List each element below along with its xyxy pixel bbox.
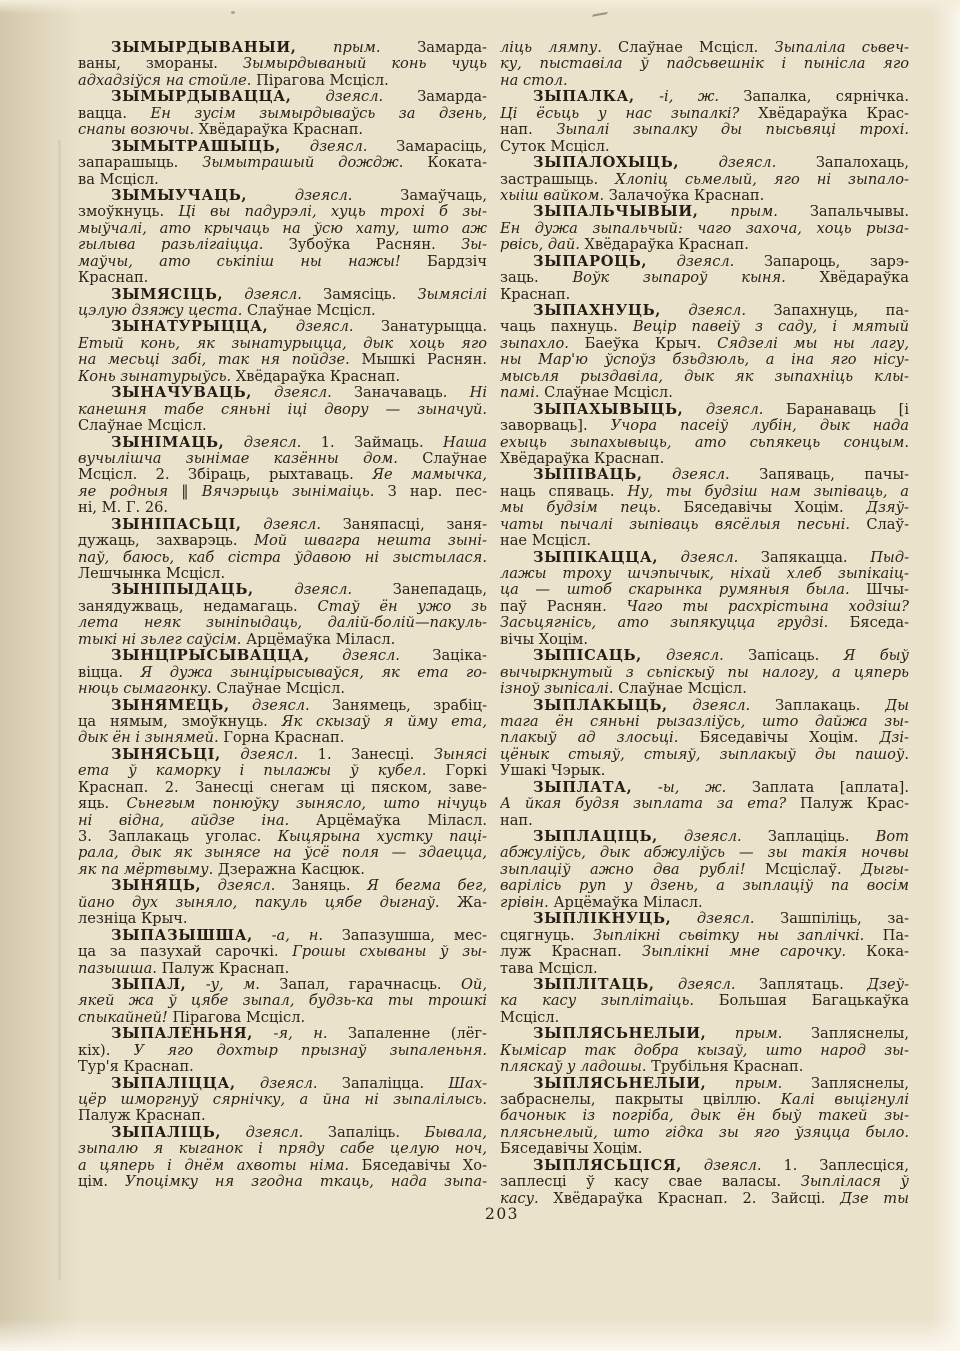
entry-line: ЗЫПЛЯСЬНЕ́ЛЫЙ, прым. Запляснелы, [500,1076,909,1092]
entry-line: ваны, змораны. Зымырдываный конь чуць [78,56,487,72]
entry-line: вічы Хоцім. [500,632,909,648]
italic-text-run: зыпахло. [500,336,585,352]
entry-line: ца за пазухай сарочкі. Грошы схываны ў з… [78,944,487,960]
italic-text-run: дзеясл. [310,648,433,664]
entry-line: цэлую дзяжу цеста. Слаўнае Мсцісл. [78,303,487,319]
italic-text-run: памі. [500,385,544,401]
italic-text-run: Зыпаліла сьвеч- [774,40,909,56]
headword: ЗЫМЯСІЦЬ, [111,287,223,303]
entry-line: грівін. Арцёмаўка Міласл. [500,895,909,911]
text-run: Зубоўка Раснян. [289,237,461,253]
headword: ЗЫПЛІКНУ́ЦЬ, [533,911,671,927]
italic-text-run: Калі выцігнулі [781,1092,909,1108]
entry-line: ЗЫМЫРДЫВАЦЦА, дзеясл. Замарда- [78,89,487,105]
text-run: вічы Хоцім. [500,632,588,648]
entry-line: Бяседавічы Хоцім. [500,1141,909,1157]
italic-text-run: вучылішча зынімае казённы дом. [78,451,422,467]
text-run: Бяседавічы Хоцім. [500,1141,642,1157]
headword: ЗЫПІКА́ЦЦА, [533,550,658,566]
entry-line: занядужваць, недамагаць. Стаў ён ужо зь [78,599,487,615]
headword: ЗЫПЛЯСЬНЕ́ЛЫЙ, [533,1076,706,1092]
text-run: нап. [500,122,556,138]
headword: ЗЫНІМАЦЬ, [111,435,224,451]
entry-line: цёнык стыяў, стыяў, зыплакыў ды пашоў. [500,747,909,763]
text-run: Запякацца. [761,550,870,566]
text-run: Заціка- [432,648,487,664]
text-run: Большая Багацькаўка [719,993,909,1009]
scan-edge-bottom [0,1319,960,1351]
italic-text-run: дзеясл. [281,139,396,155]
text-run: Лешчынка Мсцісл. [78,566,225,582]
italic-text-run: цёнык стыяў, стыяў, зыплакыў ды пашоў. [500,747,909,763]
italic-text-run: мысьля рыздавіла, дык як зыпахніць клы- [500,369,909,385]
text-run: Слаўнае Мсцісл. [78,418,207,434]
entry-line: ета ў каморку і пылажы ў кубел. Горкі [78,763,487,779]
italic-text-run: -а, н. [253,928,342,944]
entry-line: вацца. Ён зусім зымырдываўсь за дзень, [78,106,487,122]
italic-text-run: грівін. [500,895,553,911]
text-run: Шчы- [866,582,909,598]
headword: ЗЫПІВА́ЦЬ, [533,467,643,483]
entry-line: дужаць, захварэць. Мой швагра нешта зыні… [78,533,487,549]
italic-text-run: А йкая будзя зыплата за ета? [500,796,800,812]
entry-line: Конь зынатурыўсь. Хвёдараўка Краснап. [78,369,487,385]
entry-line: Ці ёсьць у нас зыпалкі? Хвёдараўка Крас- [500,106,909,122]
entry-line: памі. Слаўнае Мсцісл. [500,385,909,401]
entry-line: луж Краснап. Зыплікні мне сарочку. Кока- [500,944,909,960]
entry-line: Етый конь, як зынатурыцца, дык хоць яго [78,336,487,352]
headword: ЗЫНІПЫДАЦЬ, [111,582,254,598]
entry-line: ліць лямпу. Слаўнае Мсцісл. Зыпаліла сьв… [500,40,909,56]
italic-text-run: Ці вы падурэлі, хуць трохі б зы- [178,204,487,220]
headword: ЗЫПІСАЦЬ, [533,648,642,664]
italic-text-run: Воўк зыпароў кыня. [572,270,819,286]
entry-line: бачонык із погріба, дык ён быў такей зы- [500,1108,909,1124]
entry-line: мы будзім пець. Бяседавічы Хоцім. Дзяў- [500,500,909,516]
italic-text-run: бачонык із погріба, дык ён быў такей зы- [500,1108,909,1124]
entry-line: Палуж Краснап. [78,1108,487,1124]
italic-text-run: ка касу зыплітаіць. [500,993,719,1009]
italic-text-run: Дзяў- [866,500,909,516]
entry-line: якей жа ў цябе зыпал, будзь-ка ты трошкі [78,993,487,1009]
italic-text-run: ку, пыставіла ў падсьвешнік і пынісла яг… [500,56,909,72]
entry-line: віцца. Я дужа зынцірысываўся, як ета го- [78,665,487,681]
italic-text-run: дзеясл. [221,1125,328,1141]
italic-text-run: зыпалю я кыганок і пряду сабе целую ноч, [78,1141,487,1157]
italic-text-run: яе родныя ‖ Вячэрыць зынімаіць. [78,484,388,500]
text-run: Краснап. [500,287,570,303]
entry-line: зыпалю я кыганок і пряду сабе целую ноч, [78,1141,487,1157]
italic-text-run: Я быў [844,648,909,664]
entry-line: спыкайней! Пірагова Мсцісл. [78,1010,487,1026]
entry-line: вучылішча зынімае казённы дом. Слаўнае [78,451,487,467]
headword: ЗЫПАЛІЦЦА, [111,1076,236,1092]
text-run: Запісаць. [748,648,843,664]
entry-line: заплесці ў касу свае валасы. Зыплілася ў [500,1174,909,1190]
entry-line: ЗЫПАЛЕ́НЬНЯ, -я, н. Запаленне (лёг- [78,1026,487,1042]
headword: ЗЫМЫЎЧАЦЬ, [111,188,247,204]
italic-text-run: Засьцягнісь, ато зыпякуцца грудзі. [500,615,850,631]
entry-line: нае Мсцісл. [500,533,909,549]
entry-line: мысьля рыздавіла, дык як зыпахніць клы- [500,369,909,385]
entry-line: ЗЫПАЛІЦЬ, дзеясл. Запаліць. Бывала, [78,1125,487,1141]
entry-line: Краснап. [78,270,487,286]
italic-text-run: ета ў каморку і пылажы ў кубел. [78,763,445,779]
text-run: Бяседавічы Хоцім. [699,730,879,746]
text-run: Заплаціць. [768,829,876,845]
entry-line: пляскаў у ладошы. Трубільня Краснап. [500,1059,909,1075]
headword: ЗЫНАЧУВАЦЬ, [111,385,252,401]
headword: ЗЫПЛЯСЬЦІСЯ, [533,1158,682,1174]
text-run: Мсцісл. 2. Збіраць, рыхтаваць. [78,467,372,483]
entry-line: чаць пахнуць. Вецір павеіў з саду, і мят… [500,319,909,335]
entry-line: ЗЫПЛА́КЫЦЬ, дзеясл. Заплакаць. Ды [500,698,909,714]
text-run: Па- [883,928,909,944]
entry-line: канешня табе сяньні іці двору — зыначуй. [78,402,487,418]
entry-line: йано дух зыняло, пакуль цябе дыгнаў. Жа- [78,895,487,911]
entry-line: ЗЫПАХНУЦЬ, дзеясл. Запахнуць, па- [500,303,909,319]
text-run: яць. [78,796,126,812]
text-run: 1. Займаць. [321,435,443,451]
italic-text-run: ліць лямпу. [500,40,618,56]
italic-text-run: -і, ж. [635,89,744,105]
entry-line: ні, М. Г. 26. [78,500,487,516]
headword: ЗЫПАЗЫШША, [111,928,253,944]
italic-text-run: дзеясл. [668,698,775,714]
text-run: Баеўка Крыч. [585,336,718,352]
italic-text-run: прым. [706,1026,811,1042]
italic-text-run: Зыплілася ў [801,1174,909,1190]
headword: ЗЫМЫРДЫВАНЫЙ, [111,40,296,56]
entry-line: ЗЫНЯМЕ́ЦЬ, дзеясл. Занямець, зрабіц- [78,698,487,714]
text-run: Трубільня Краснап. [651,1059,803,1075]
entry-line: ЗЫПАЛ, -у, м. Запал, гарачнасць. Ой, [78,977,487,993]
italic-text-run: Конь зынатурыўсь. [78,369,236,385]
italic-text-run: Яе мамычка, [372,467,487,483]
italic-text-run: дзеясл. [230,698,332,714]
text-run: Хвёдараўка Краснап. [199,122,363,138]
italic-text-run: вычыркнутый з сьпіскыў пы налогу, а цяпе… [500,665,909,681]
entry-line: ЗЫМЫЎЧАЦЬ, дзеясл. Замаўчаць, [78,188,487,204]
text-run: Мышкі Раснян. [361,352,487,368]
entry-line: А йкая будзя зыплата за ета? Палуж Крас- [500,796,909,812]
text-run: застрашыць. [500,172,615,188]
italic-text-run: дзеясл. [643,467,760,483]
headword: ЗЫПАЛЕ́НЬНЯ, [111,1026,253,1042]
italic-text-run: дзеясл. [642,648,748,664]
italic-text-run: дзеясл. [268,319,381,335]
italic-text-run: ізноў зыпісалі. [500,681,618,697]
entry-line: рвісь, дай. Хвёдараўка Краснап. [500,237,909,253]
italic-text-run: дзеясл. [658,829,768,845]
entry-line: Ушакі Чэрык. [500,763,909,779]
text-run: Палуж Краснап. [78,1108,206,1124]
text-run: Бяседавічы Хоцім. [683,500,866,516]
headword: ЗЫПЛАЦІЦЬ, [533,829,658,845]
headword: ЗЫНІПАСЬЦІ, [111,517,242,533]
italic-text-run: дзеясл. [224,435,320,451]
text-run: Замарда- [417,89,487,105]
text-run: З нар. пес- [388,484,487,500]
entry-line: Суток Мсцісл. [500,139,909,155]
text-run: Жа- [457,895,487,911]
headword: ЗЫПАЛІЦЬ, [111,1125,221,1141]
entry-line: Ён дужа зыпальчый: чаго захоча, хоць рыз… [500,221,909,237]
italic-text-run: пазышша. [78,961,162,977]
text-run: дужаць, захварэць. [78,533,254,549]
headword: ЗЫНЦІРЫСЫВАЦЦА, [111,648,310,664]
entry-line: ЗЫНЯ́ЦЬ, дзеясл. Заняць. Я бегма бег, [78,878,487,894]
text-run: Слаў- [866,517,909,533]
entry-line: ЗЫПАЛО́ХЫЦЬ, дзеясл. Запалохаць, [500,155,909,171]
entry-line: плакыў ад злосьці. Бяседавічы Хоцім. Дзі… [500,730,909,746]
text-run: ва Мсцісл. [78,172,159,188]
entry-line: рала, дык як зынясе на ўсё поля — здаецц… [78,845,487,861]
italic-text-run: спыкайней! [78,1010,172,1026]
text-run: Палуж Краснап. [162,961,290,977]
text-run: тава Мсцісл. [500,961,598,977]
text-run: Зашпіліць, за- [780,911,909,927]
entry-line: лезніца Крыч. [78,911,487,927]
italic-text-run: дзеясл. [252,385,354,401]
italic-text-run: цэлую дзяжу цеста. [78,303,247,319]
text-run: Тур'я Краснап. [78,1059,194,1075]
text-run: Запахнуць, па- [773,303,909,319]
text-run: Заплятаць. [759,977,867,993]
entry-line: Мсцісл. [500,1010,909,1026]
italic-text-run: ца — штоб скарынка румяныя была. [500,582,866,598]
text-run: 1. Заплесціся, [783,1158,909,1174]
text-run: Слаўнае [422,451,487,467]
entry-line: ка касу зыплітаіць. Большая Багацькаўка [500,993,909,1009]
italic-text-run: Хлопіц сьмелый, яго ні зыпало- [615,172,909,188]
text-run: Замаўчаць, [400,188,487,204]
text-run: Суток Мсцісл. [500,139,610,155]
entry-line: нюць сымагонку. Слаўнае Мсцісл. [78,681,487,697]
text-run: Арцёмаўка Міласл. [316,813,487,829]
entry-line: ЗЫНІПЫДАЦЬ, дзеясл. Занепадаць, [78,582,487,598]
italic-text-run: цёр шморгнуў сярнічку, а йна ні зыпалілы… [78,1092,487,1108]
italic-text-run: абжуліўсь, дык абжуліўсь — зы такія ночв… [500,845,909,861]
italic-text-run: Шах- [448,1076,487,1092]
italic-text-run: Ці ёсьць у нас зыпалкі? [500,106,758,122]
entry-line: ЗЫНЯСЬЦІ, дзеясл. 1. Занесці. Зынясі [78,747,487,763]
text-run: Хвёдараўка Краснап. [500,451,664,467]
italic-text-run: Зыплікні мне сарочку. [642,944,866,960]
italic-text-run: Стаў ён ужо зь [317,599,487,615]
text-run: нае Мсцісл. [500,533,591,549]
italic-text-run: Кымісар так добра кызаў, што народ зы- [500,1043,909,1059]
italic-text-run: -у, м. [186,977,279,993]
entry-line: як па мёртвыму. Дзеражна Касцюк. [78,862,487,878]
italic-text-run: Дзеў- [867,977,909,993]
entry-line: паў, баюсь, каб сістра ўдавою ні зыстыла… [78,550,487,566]
entry-line: ЗЫПЛЯСЬЦІСЯ, дзеясл. 1. Заплесціся, [500,1158,909,1174]
italic-text-run: дзеясл. [658,550,761,566]
italic-text-run: Ды [885,698,909,714]
italic-text-run: снапы возючы. [78,122,199,138]
italic-text-run: ні відна, айдзе іна. [78,813,316,829]
entry-line: чаты пычалі зыпіваць вясёлыя песьні. Сла… [500,517,909,533]
entry-line: зыпахло. Баеўка Крыч. Сядзелі мы ны лагу… [500,336,909,352]
italic-text-run: дзеясл. [223,287,323,303]
entry-line: ЗЫНІМАЦЬ, дзеясл. 1. Займаць. Наша [78,435,487,451]
text-run: Запляснелы, [811,1026,909,1042]
headword: ЗЫПАХНУЦЬ, [533,303,661,319]
text-run: запарашыць. [78,155,202,171]
text-run: ца нямым, змоўкнуць. [78,714,282,730]
italic-text-run: плакыў ад злосьці. [500,730,699,746]
text-run: Запляснелы, [811,1076,909,1092]
text-run: Горкі [445,763,487,779]
italic-text-run: дзеясл. [236,1076,342,1092]
italic-text-run: -я, н. [253,1026,348,1042]
entry-line: маўчы, ато ськіпіш ны нажы! Бардзіч [78,254,487,270]
italic-text-run: йано дух зыняло, пакуль цябе дыгнаў. [78,895,457,911]
entry-line: пазышша. Палуж Краснап. [78,961,487,977]
italic-text-run: гылыва разьлігаіцца. [78,237,289,253]
entry-line: застрашыць. Хлопіц сьмелый, яго ні зыпал… [500,172,909,188]
text-run: Запаліць. [328,1125,425,1141]
text-run: Бяседа- [850,615,909,631]
entry-line: Краснап. 2. Занесці снегам ці пяском, за… [78,780,487,796]
entry-line: ЗЫПІВА́ЦЬ, дзеясл. Запяваць, пачы- [500,467,909,483]
entry-line: нап. [500,813,909,829]
entry-line: ЗЫПАЗЫШША, -а, н. Запазушша, мес- [78,928,487,944]
text-run: Баранаваць [і [786,402,909,418]
italic-text-run: Наша [443,435,487,451]
text-run: змоўкнуць. [78,204,178,220]
italic-text-run: Зы- [461,237,487,253]
headword: ЗЫМЫТРАШЫЦЬ, [111,139,281,155]
italic-text-run: Бывала, [425,1125,487,1141]
text-run: ца за пазухай сарочкі. [78,944,292,960]
text-run: Краснап. 2. Занесці снегам ці пяском, за… [78,780,487,796]
italic-text-run: лета неяк зыніпыдаць, далій-болій—пакуль… [78,615,487,631]
italic-text-run: дзеясл. [247,188,400,204]
text-run: Пірагова Мсцісл. [172,1010,305,1026]
italic-text-run: Ні [470,385,487,401]
entry-line: тава Мсцісл. [500,961,909,977]
italic-text-run: мыўчалі, ато крычаць на ўсю хату, што аж [78,221,487,237]
page-fold-shadow [58,140,61,1280]
italic-text-run: дзеясл. [647,254,764,270]
entry-line: вычыркнутый з сьпіскыў пы налогу, а цяпе… [500,665,909,681]
entry-line: ЗЫНЦІРЫСЫВАЦЦА, дзеясл. Заціка- [78,648,487,664]
entry-line: ехыць зыпахывыць, ато сьпякець сонцым. [500,435,909,451]
entry-line: цёр шморгнуў сярнічку, а йна ні зыпалілы… [78,1092,487,1108]
entry-line: ЗЫПАЛКА, -і, ж. Запалка, сярнічка. [500,89,909,105]
text-run: Запальчывы. [810,204,909,220]
italic-text-run: хыіш вайком. [500,188,609,204]
italic-text-run: рвісь, дай. [500,237,585,253]
italic-text-run: Ён дужа зыпальчый: чаго захоча, хоць рыз… [500,221,909,237]
italic-text-run: плясьнелый, што гідка зы яго ўзяцца было… [500,1125,909,1141]
italic-text-run: Ён зусім зымырдываўсь за дзень, [151,106,487,122]
italic-text-run: Кыцярына хустку паці- [278,829,487,845]
italic-text-run: У яго дохтыр прызнаў зыпаленьня. [134,1043,487,1059]
italic-text-run: Учора пасеіў лубін, дык нада [611,418,909,434]
italic-text-run: Я дужа зынцірысываўся, як ета го- [140,665,487,681]
entry-line: а цяперь і днём ахвоты німа. Бяседавічы … [78,1158,487,1174]
italic-text-run: Як скызаў я йму ета, [282,714,487,730]
italic-text-run: на стол. [500,73,568,89]
text-run: Запароць, зарэ- [764,254,909,270]
text-run: сцягнуць. [500,928,593,944]
text-run: наць спяваць. [500,484,627,500]
entry-line: ЗЫПАЛІЦЦА, дзеясл. Запаліцца. Шах- [78,1076,487,1092]
entry-line: ЗЫМЫРДЫВАНЫЙ, прым. Замарда- [78,40,487,56]
entry-line: мыўчалі, ато крычаць на ўсю хату, што аж [78,221,487,237]
italic-text-run: дзеясл. [291,89,417,105]
entry-line: ЗЫНАЧУВАЦЬ, дзеясл. Заначаваць. Ні [78,385,487,401]
text-run: 3. Заплакаць уголас. [78,829,278,845]
italic-text-run: Упоцімку ня згодна ткаць, нада зыпа- [125,1174,487,1190]
entry-line: ва Мсцісл. [78,172,487,188]
entry-line: ЗЫНІПАСЬЦІ, дзеясл. Заняпасці, заня- [78,517,487,533]
scan-edge-top [0,0,960,14]
left-column: ЗЫМЫРДЫВАНЫЙ, прым. Замарда-ваны, зморан… [78,40,487,1207]
entry-line: ЗЫПАХЫВЫЦЬ, дзеясл. Баранаваць [і [500,402,909,418]
italic-text-run: Сьнегым понюўку зынясло, што нічуць [126,796,487,812]
text-run: Слаўнае Мсцісл. [618,681,747,697]
italic-text-run: як па мёртвыму. [78,862,218,878]
italic-text-run: дзеясл. [679,155,816,171]
entry-line: на стол. [500,73,909,89]
italic-text-run: Мой швагра нешта зыні- [254,533,487,549]
italic-text-run: дзеясл. [221,747,318,763]
entry-line: ЗЫМЯСІЦЬ, дзеясл. Замясіць. Зымясілі [78,287,487,303]
entry-line: ЗЫПАРО́ЦЬ, дзеясл. Запароць, зарэ- [500,254,909,270]
italic-text-run: зыплаціў ажно два рублі! [500,862,765,878]
pen-speck [231,11,235,14]
entry-line: забраснелы, пакрыты цвіллю. Калі выцігну… [500,1092,909,1108]
entry-line: кіх). У яго дохтыр прызнаў зыпаленьня. [78,1043,487,1059]
italic-text-run: нюць сымагонку. [78,681,216,697]
text-run: Ушакі Чэрык. [500,763,605,779]
headword: ЗЫПЛАТА, [533,780,632,796]
text-run: Горна Краснап. [223,730,344,746]
text-run: лезніца Крыч. [78,911,188,927]
italic-text-run: Зымытрашый дождж. [202,155,427,171]
entry-line: варілісь руп у дзень, а зыплаціў па восі… [500,878,909,894]
text-run: Занямець, зрабіц- [332,698,487,714]
entry-line: 3. Заплакаць уголас. Кыцярына хустку пац… [78,829,487,845]
entry-line: ЗЫПЛАТА, -ы, ж. Заплата [аплата]. [500,780,909,796]
entry-line: плясьнелый, што гідка зы яго ўзяцца было… [500,1125,909,1141]
italic-text-run: адхадзіўся на стойле. [78,73,256,89]
italic-text-run: Ой, [461,977,487,993]
italic-text-run: Я бегма бег, [367,878,487,894]
entry-line: ны Мар'ю ўспоўз бзьдзюль, а іна яго нісу… [500,352,909,368]
italic-text-run: прым. [706,1076,811,1092]
entry-line: ца — штоб скарынка румяныя была. Шчы- [500,582,909,598]
entry-line: хыіш вайком. Залачоўка Краснап. [500,188,909,204]
text-run: Кока- [866,944,909,960]
text-run: Запазушша, мес- [342,928,487,944]
text-run: Запаленне (лёг- [348,1026,487,1042]
text-run: Арцёмаўка Міласл. [553,895,702,911]
italic-text-run: Чаго ты расхрістына ходзіш? [627,599,909,615]
text-run: паў Раснян. [500,599,627,615]
italic-text-run: паў, баюсь, каб сістра ўдавою ні зыстыла… [78,550,487,566]
headword: ЗЫНАТУ́РЫЦЦА, [111,319,268,335]
text-run: заць. [500,270,572,286]
text-run: занядужваць, недамагаць. [78,599,317,615]
italic-text-run: дзеясл. [201,878,292,894]
text-run: Краснап. [78,270,148,286]
italic-text-run: дзеясл. [671,911,780,927]
